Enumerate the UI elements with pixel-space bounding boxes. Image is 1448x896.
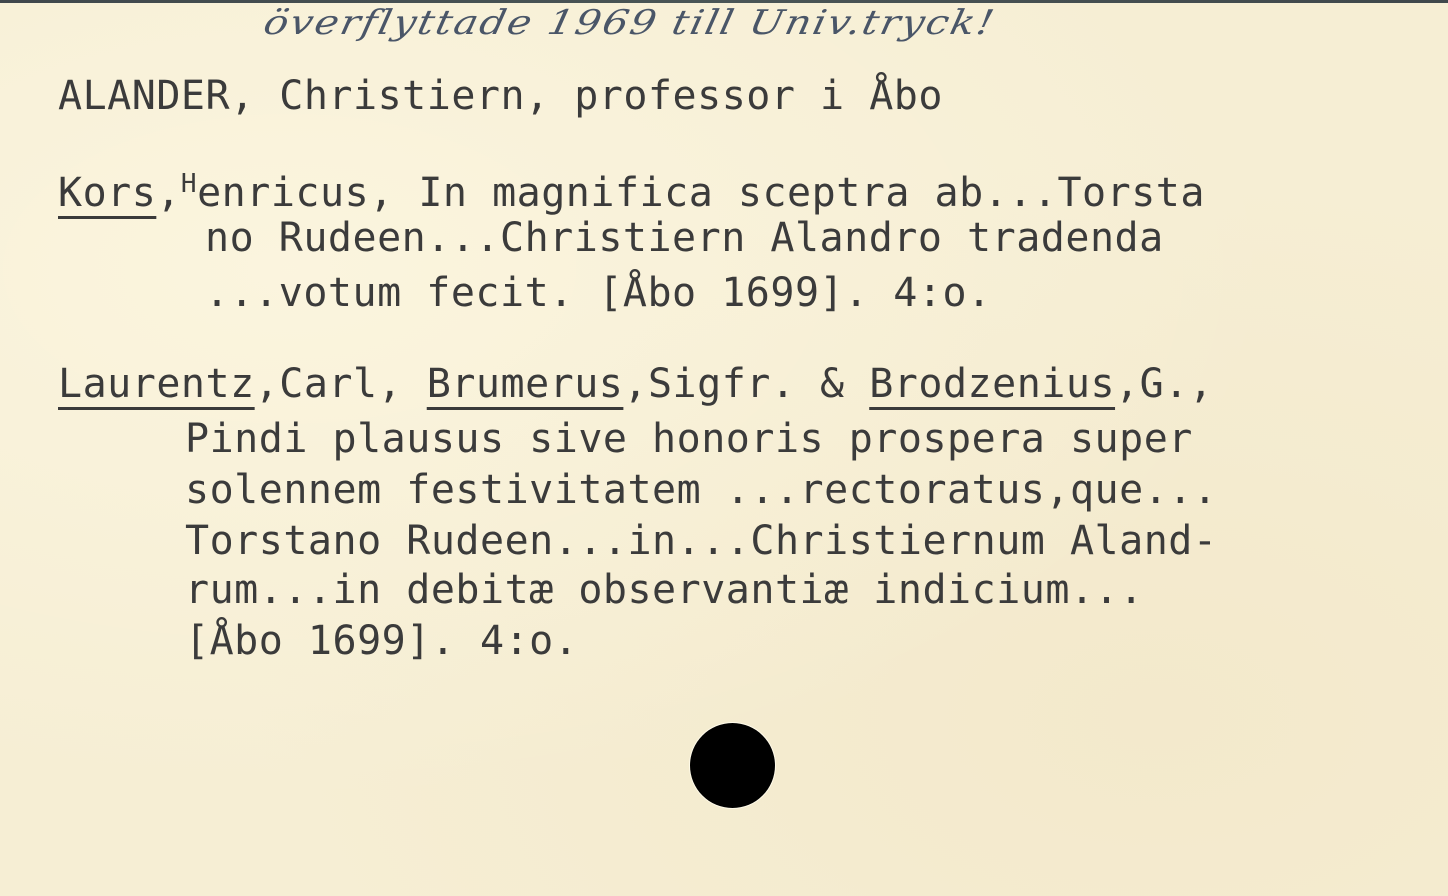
entry-1-line-3: ...votum fecit. [Åbo 1699]. 4:o. bbox=[205, 273, 992, 313]
entry-2-line-2: Pindi plausus sive honoris prospera supe… bbox=[185, 419, 1193, 459]
entry-2-line-1: Laurentz,Carl, Brumerus,Sigfr. & Brodzen… bbox=[58, 364, 1213, 404]
entry-2-author-1: Laurentz bbox=[58, 361, 255, 407]
entry-1-line-2: no Rudeen...Christiern Alandro tradenda bbox=[205, 218, 1164, 258]
entry-2-line-3: solennem festivitatem ...rectoratus,que.… bbox=[185, 470, 1217, 510]
entry-2-author-3: Brodzenius bbox=[869, 361, 1115, 407]
entry-2-line-5: rum...in debitæ observantiæ indicium... bbox=[185, 570, 1144, 610]
entry-1-line-1: Kors,Henricus, In magnifica sceptra ab..… bbox=[58, 171, 1205, 213]
entry-2-author-2: Brumerus bbox=[427, 361, 624, 407]
entry-1-author-initial: H bbox=[181, 169, 197, 199]
entry-2-line-4: Torstano Rudeen...in...Christiernum Alan… bbox=[185, 521, 1217, 561]
punch-hole bbox=[690, 723, 775, 808]
catalog-card: överflyttade 1969 till Univ.tryck! ALAND… bbox=[0, 0, 1448, 896]
entry-1-author-surname: Kors bbox=[58, 170, 156, 216]
handwritten-note: överflyttade 1969 till Univ.tryck! bbox=[261, 6, 999, 40]
card-heading: ALANDER, Christiern, professor i Åbo bbox=[58, 76, 943, 116]
entry-2-line-6: [Åbo 1699]. 4:o. bbox=[185, 621, 578, 661]
